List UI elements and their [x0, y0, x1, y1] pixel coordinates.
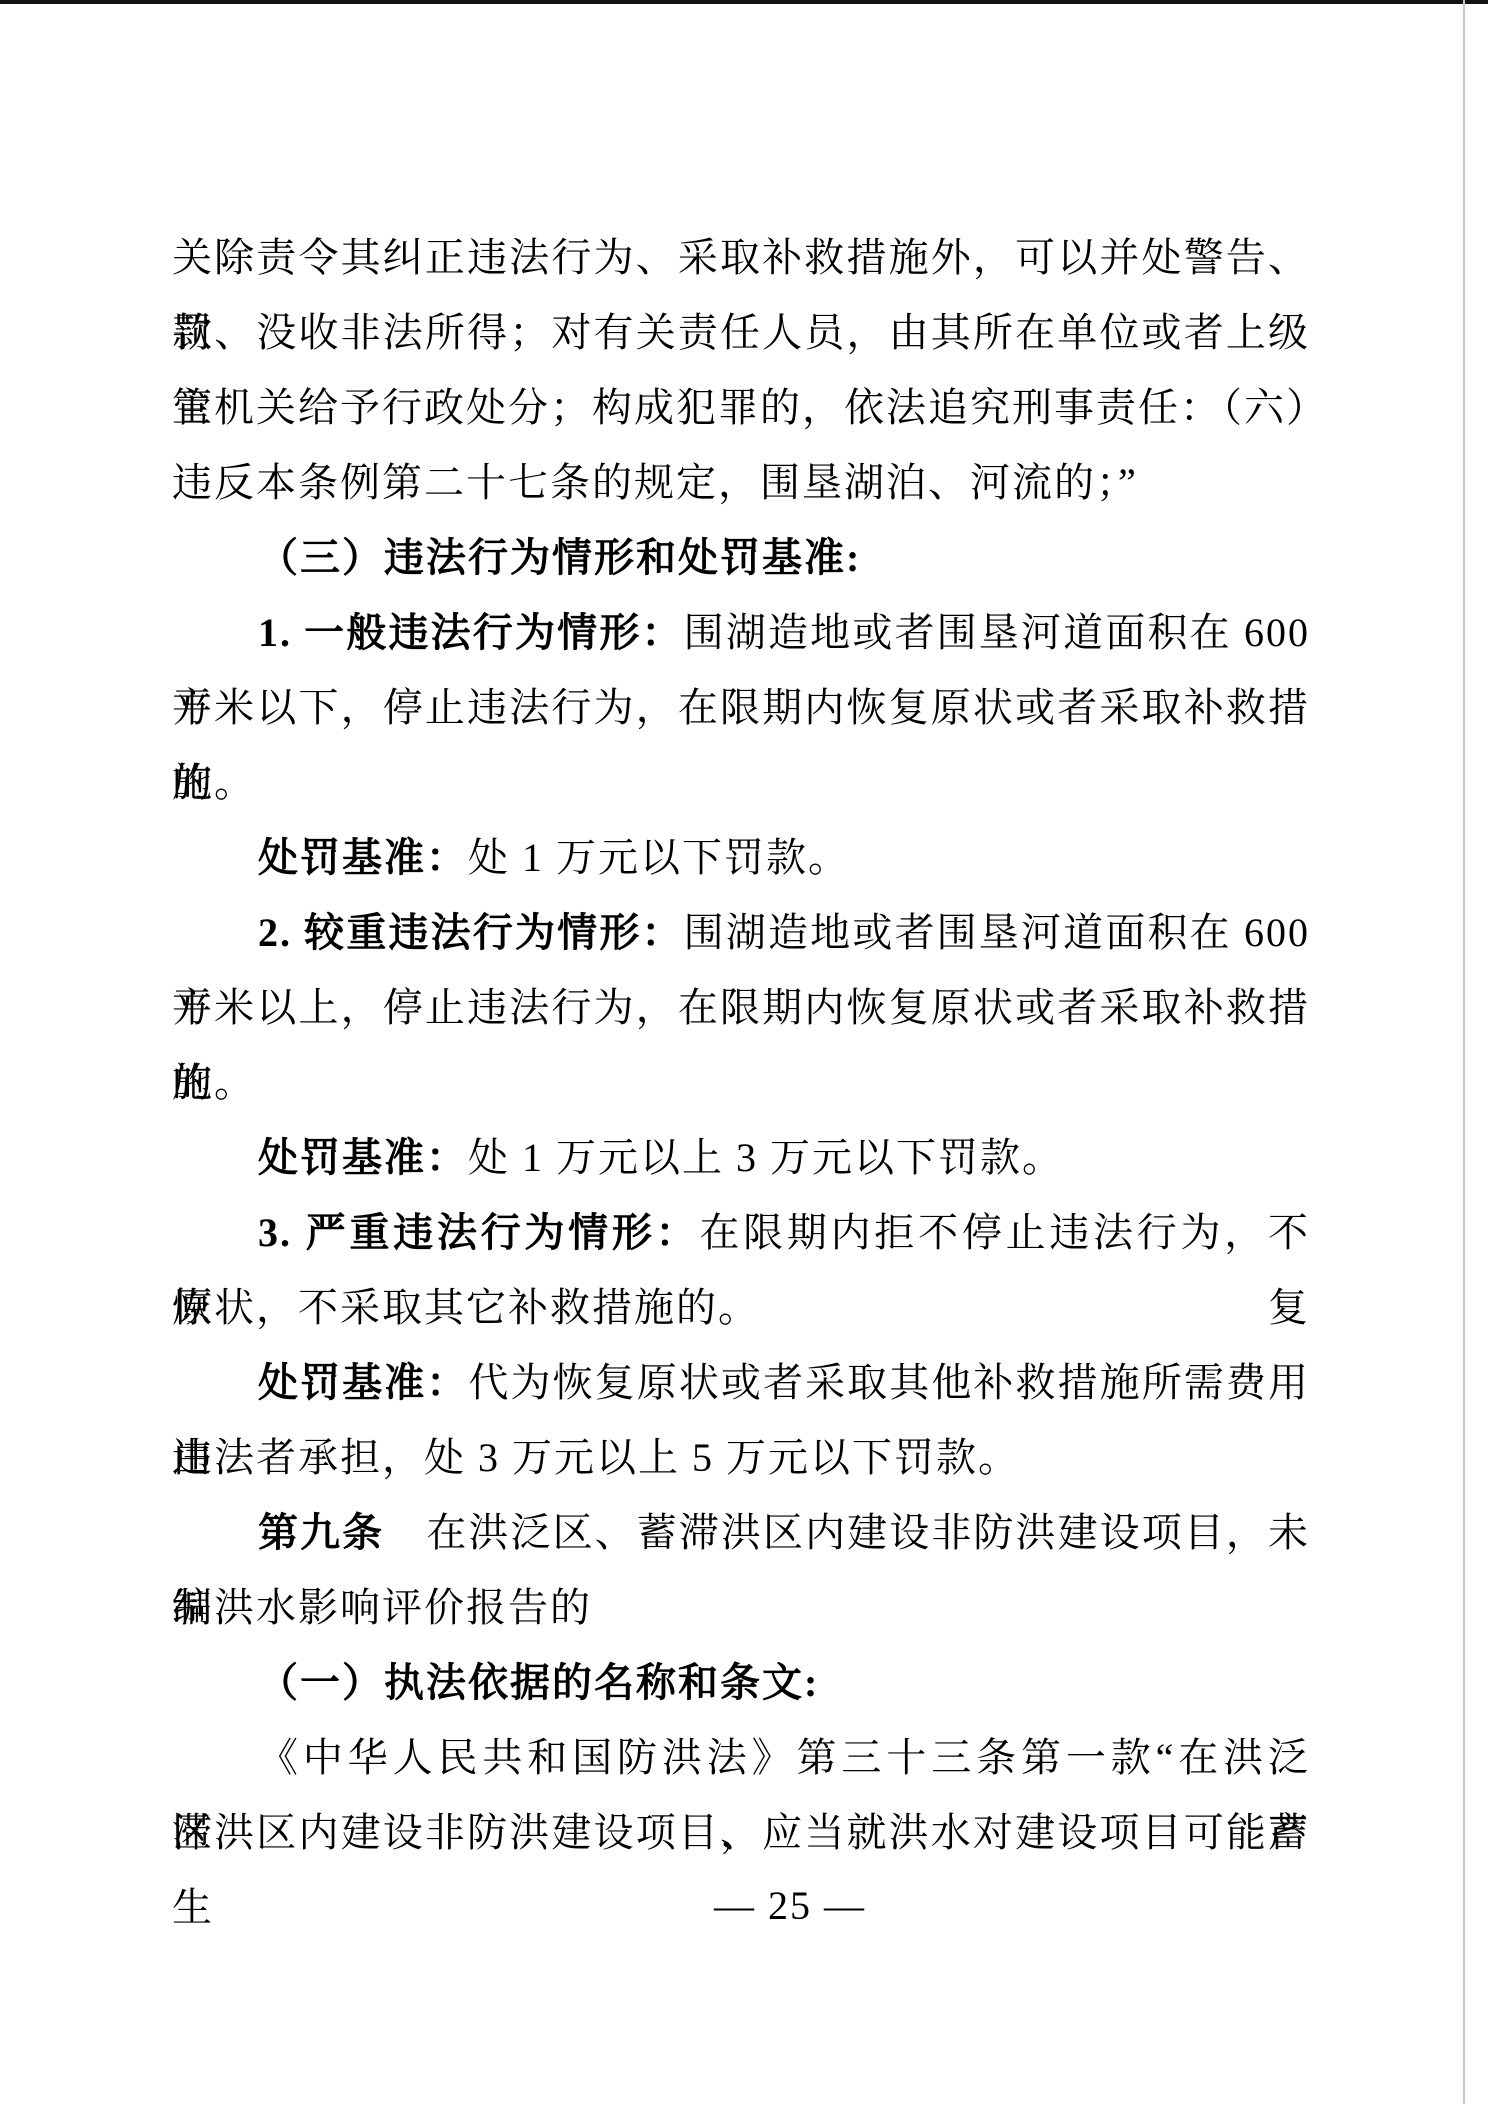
text-line: 1. 一般违法行为情形：围湖造地或者围垦河道面积在 600 平	[172, 595, 1310, 670]
text-segment: 管机关给予行政处分；构成犯罪的，依法追究刑事责任：（六）	[172, 385, 1328, 430]
document-body: 关除责令其纠正违法行为、采取补救措施外，可以并处警告、罚款、没收非法所得；对有关…	[172, 220, 1310, 1870]
bold-text-segment: 处罚基准：	[258, 835, 468, 880]
text-line: 处罚基准：代为恢复原状或者采取其他补救措施所需费用由	[172, 1345, 1310, 1420]
text-segment: 的。	[172, 760, 256, 805]
text-segment: 的。	[172, 1060, 256, 1105]
text-line: 第九条 在洪泛区、蓄滞洪区内建设非防洪建设项目，未编	[172, 1495, 1310, 1570]
text-line: 处罚基准：处 1 万元以下罚款。	[172, 820, 1310, 895]
text-segment: 处 1 万元以上 3 万元以下罚款。	[468, 1135, 1064, 1180]
text-line: 滞洪区内建设非防洪建设项目，应当就洪水对建设项目可能产生	[172, 1795, 1310, 1870]
page-footer: — 25 —	[46, 1868, 1488, 1943]
text-line: 2. 较重违法行为情形：围湖造地或者围垦河道面积在 600 平	[172, 895, 1310, 970]
text-line: 方米以下，停止违法行为，在限期内恢复原状或者采取补救措施	[172, 670, 1310, 745]
text-segment: 处 1 万元以下罚款。	[468, 835, 850, 880]
text-line: 的。	[172, 1045, 1310, 1120]
text-line: 处罚基准：处 1 万元以上 3 万元以下罚款。	[172, 1120, 1310, 1195]
bold-text-segment: 处罚基准：	[258, 1135, 468, 1180]
text-line: （三）违法行为情形和处罚基准:	[172, 520, 1310, 595]
bold-text-segment: （一）执法依据的名称和条文:	[258, 1660, 819, 1705]
text-line: 管机关给予行政处分；构成犯罪的，依法追究刑事责任：（六）	[172, 370, 1310, 445]
bold-text-segment: （三）违法行为情形和处罚基准:	[258, 535, 861, 580]
bold-text-segment: 第九条	[258, 1510, 384, 1555]
text-line: （一）执法依据的名称和条文:	[172, 1645, 1310, 1720]
text-line: 方米以上，停止违法行为，在限期内恢复原状或者采取补救措施	[172, 970, 1310, 1045]
document-page: 关除责令其纠正违法行为、采取补救措施外，可以并处警告、罚款、没收非法所得；对有关…	[0, 0, 1488, 2104]
text-segment: 违法者承担，处 3 万元以上 5 万元以下罚款。	[172, 1435, 1020, 1480]
text-line: 制洪水影响评价报告的	[172, 1570, 1310, 1645]
bold-text-segment: 1. 一般违法行为情形：	[258, 610, 684, 655]
text-line: 3. 严重违法行为情形：在限期内拒不停止违法行为，不恢复	[172, 1195, 1310, 1270]
text-segment: 制洪水影响评价报告的	[172, 1585, 592, 1630]
bold-text-segment: 3. 严重违法行为情形：	[258, 1210, 699, 1255]
scan-edge-top-line	[0, 0, 1488, 4]
scan-edge-right-line	[1463, 0, 1465, 2104]
text-line: 违法者承担，处 3 万元以上 5 万元以下罚款。	[172, 1420, 1310, 1495]
text-line: 违反本条例第二十七条的规定，围垦湖泊、河流的；”	[172, 445, 1310, 520]
text-line: 《中华人民共和国防洪法》第三十三条第一款“在洪泛区、蓄	[172, 1720, 1310, 1795]
bold-text-segment: 处罚基准：	[258, 1360, 468, 1405]
text-segment: 违反本条例第二十七条的规定，围垦湖泊、河流的；”	[172, 460, 1138, 505]
page-number: — 25 —	[714, 1883, 866, 1928]
text-line: 的。	[172, 745, 1310, 820]
bold-text-segment: 2. 较重违法行为情形：	[258, 910, 684, 955]
text-segment: 原状，不采取其它补救措施的。	[172, 1285, 760, 1330]
text-line: 关除责令其纠正违法行为、采取补救措施外，可以并处警告、罚	[172, 220, 1310, 295]
text-line: 款、没收非法所得；对有关责任人员，由其所在单位或者上级主	[172, 295, 1310, 370]
